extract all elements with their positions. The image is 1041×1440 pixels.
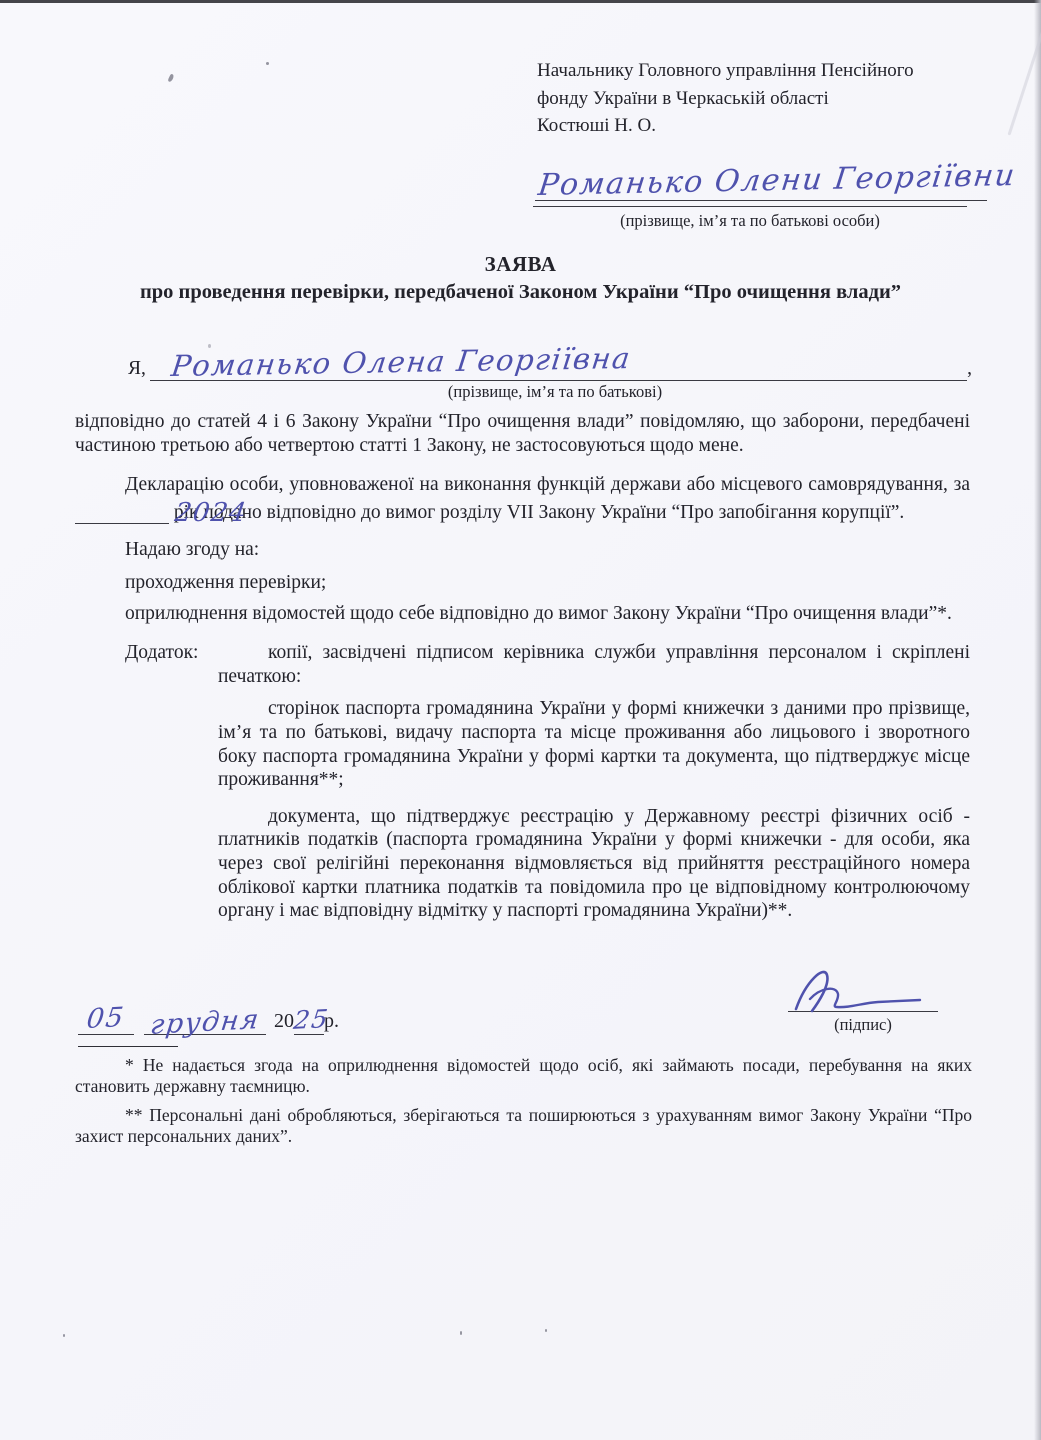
date-year-field: 25 bbox=[294, 1005, 324, 1035]
declaration-year-handwriting: 2024 bbox=[123, 500, 249, 526]
addressee-line: Костюші Н. О. bbox=[537, 112, 967, 140]
date-month-handwriting: грудня bbox=[148, 1004, 261, 1041]
scan-speck bbox=[545, 1329, 547, 1332]
paragraph-declaration: Декларацію особи, уповноваженої на викон… bbox=[75, 473, 970, 524]
declaration-text-before-year: Декларацію особи, уповноваженої на викон… bbox=[125, 474, 970, 495]
footnotes: * Не надається згода на оприлюднення від… bbox=[75, 1055, 972, 1155]
date-year-prefix: 20 bbox=[274, 1010, 294, 1035]
date-signature-row: 05 грудня 20 25 р. (підпис) bbox=[78, 965, 970, 1035]
declarant-name-field: Романько Олена Георгіївна bbox=[150, 340, 967, 381]
recipient-name-caption: (прізвище, ім’я та по батькові особи) bbox=[533, 211, 967, 231]
date-year-handwriting: 25 bbox=[292, 1004, 331, 1035]
consent-item: проходження перевірки; bbox=[75, 571, 970, 595]
consent-intro: Надаю згоду на: bbox=[75, 538, 970, 562]
attachment-item: документа, що підтверджує реєстрацію у Д… bbox=[218, 805, 970, 923]
recipient-name-field: Романько Олени Георгіївни bbox=[535, 146, 987, 201]
scan-speck bbox=[63, 1334, 65, 1337]
document-subtitle: про проведення перевірки, передбаченої З… bbox=[0, 281, 1041, 304]
declarant-name-caption: (прізвище, ім’я та по батькові) bbox=[160, 382, 950, 402]
scanned-document-page: Начальнику Головного управління Пенсійно… bbox=[0, 0, 1041, 1440]
addressee-block: Начальнику Головного управління Пенсійно… bbox=[537, 57, 967, 140]
declarant-name-handwriting: Романько Олена Георгіївна bbox=[169, 341, 633, 383]
date-day-field: 05 bbox=[78, 1003, 134, 1035]
footnote: * Не надається згода на оприлюднення від… bbox=[75, 1055, 972, 1096]
footnote: ** Персональні дані обробляються, зберіг… bbox=[75, 1105, 972, 1146]
signature-handwriting-icon bbox=[788, 963, 928, 1017]
attachment-items: копії, засвідчені підписом керівника слу… bbox=[218, 641, 970, 923]
declarant-suffix: , bbox=[967, 358, 972, 381]
declarant-prefix: Я, bbox=[75, 358, 146, 381]
date-month-field: грудня bbox=[144, 1003, 266, 1035]
date-day-handwriting: 05 bbox=[85, 1002, 126, 1035]
signature-field bbox=[788, 965, 938, 1012]
recipient-name-underline bbox=[533, 206, 967, 207]
declarant-line: Я, Романько Олена Георгіївна , bbox=[75, 340, 972, 381]
recipient-name-handwriting: Романько Олени Георгіївни bbox=[536, 158, 1017, 203]
paragraph-statement: відповідно до статей 4 і 6 Закону Україн… bbox=[75, 410, 970, 457]
consent-item: оприлюднення відомостей щодо себе відпов… bbox=[75, 602, 970, 626]
attachment-section: Додаток: копії, засвідчені підписом кері… bbox=[75, 641, 970, 923]
scan-speck bbox=[266, 62, 269, 65]
signature-block: (підпис) bbox=[788, 965, 938, 1035]
scan-speck bbox=[460, 1331, 462, 1335]
scan-speck bbox=[167, 74, 174, 83]
declaration-year-field: 2024 bbox=[75, 497, 169, 524]
signature-caption: (підпис) bbox=[788, 1015, 938, 1035]
document-title: ЗАЯВА bbox=[0, 252, 1041, 277]
scan-edge-right bbox=[1034, 0, 1041, 1440]
scan-edge-top bbox=[0, 0, 1041, 3]
footnote-separator bbox=[78, 1046, 178, 1047]
document-body: відповідно до статей 4 і 6 Закону Україн… bbox=[75, 410, 970, 923]
date-line: 05 грудня 20 25 р. bbox=[78, 1003, 339, 1035]
declaration-text-after-year: рік подано відповідно до вимог розділу V… bbox=[174, 502, 904, 523]
attachment-item: копії, засвідчені підписом керівника слу… bbox=[218, 641, 970, 688]
addressee-line: фонду України в Черкаській області bbox=[537, 85, 967, 113]
addressee-line: Начальнику Головного управління Пенсійно… bbox=[537, 57, 967, 85]
attachment-item: сторінок паспорта громадянина України у … bbox=[218, 697, 970, 791]
attachment-label: Додаток: bbox=[125, 641, 218, 923]
